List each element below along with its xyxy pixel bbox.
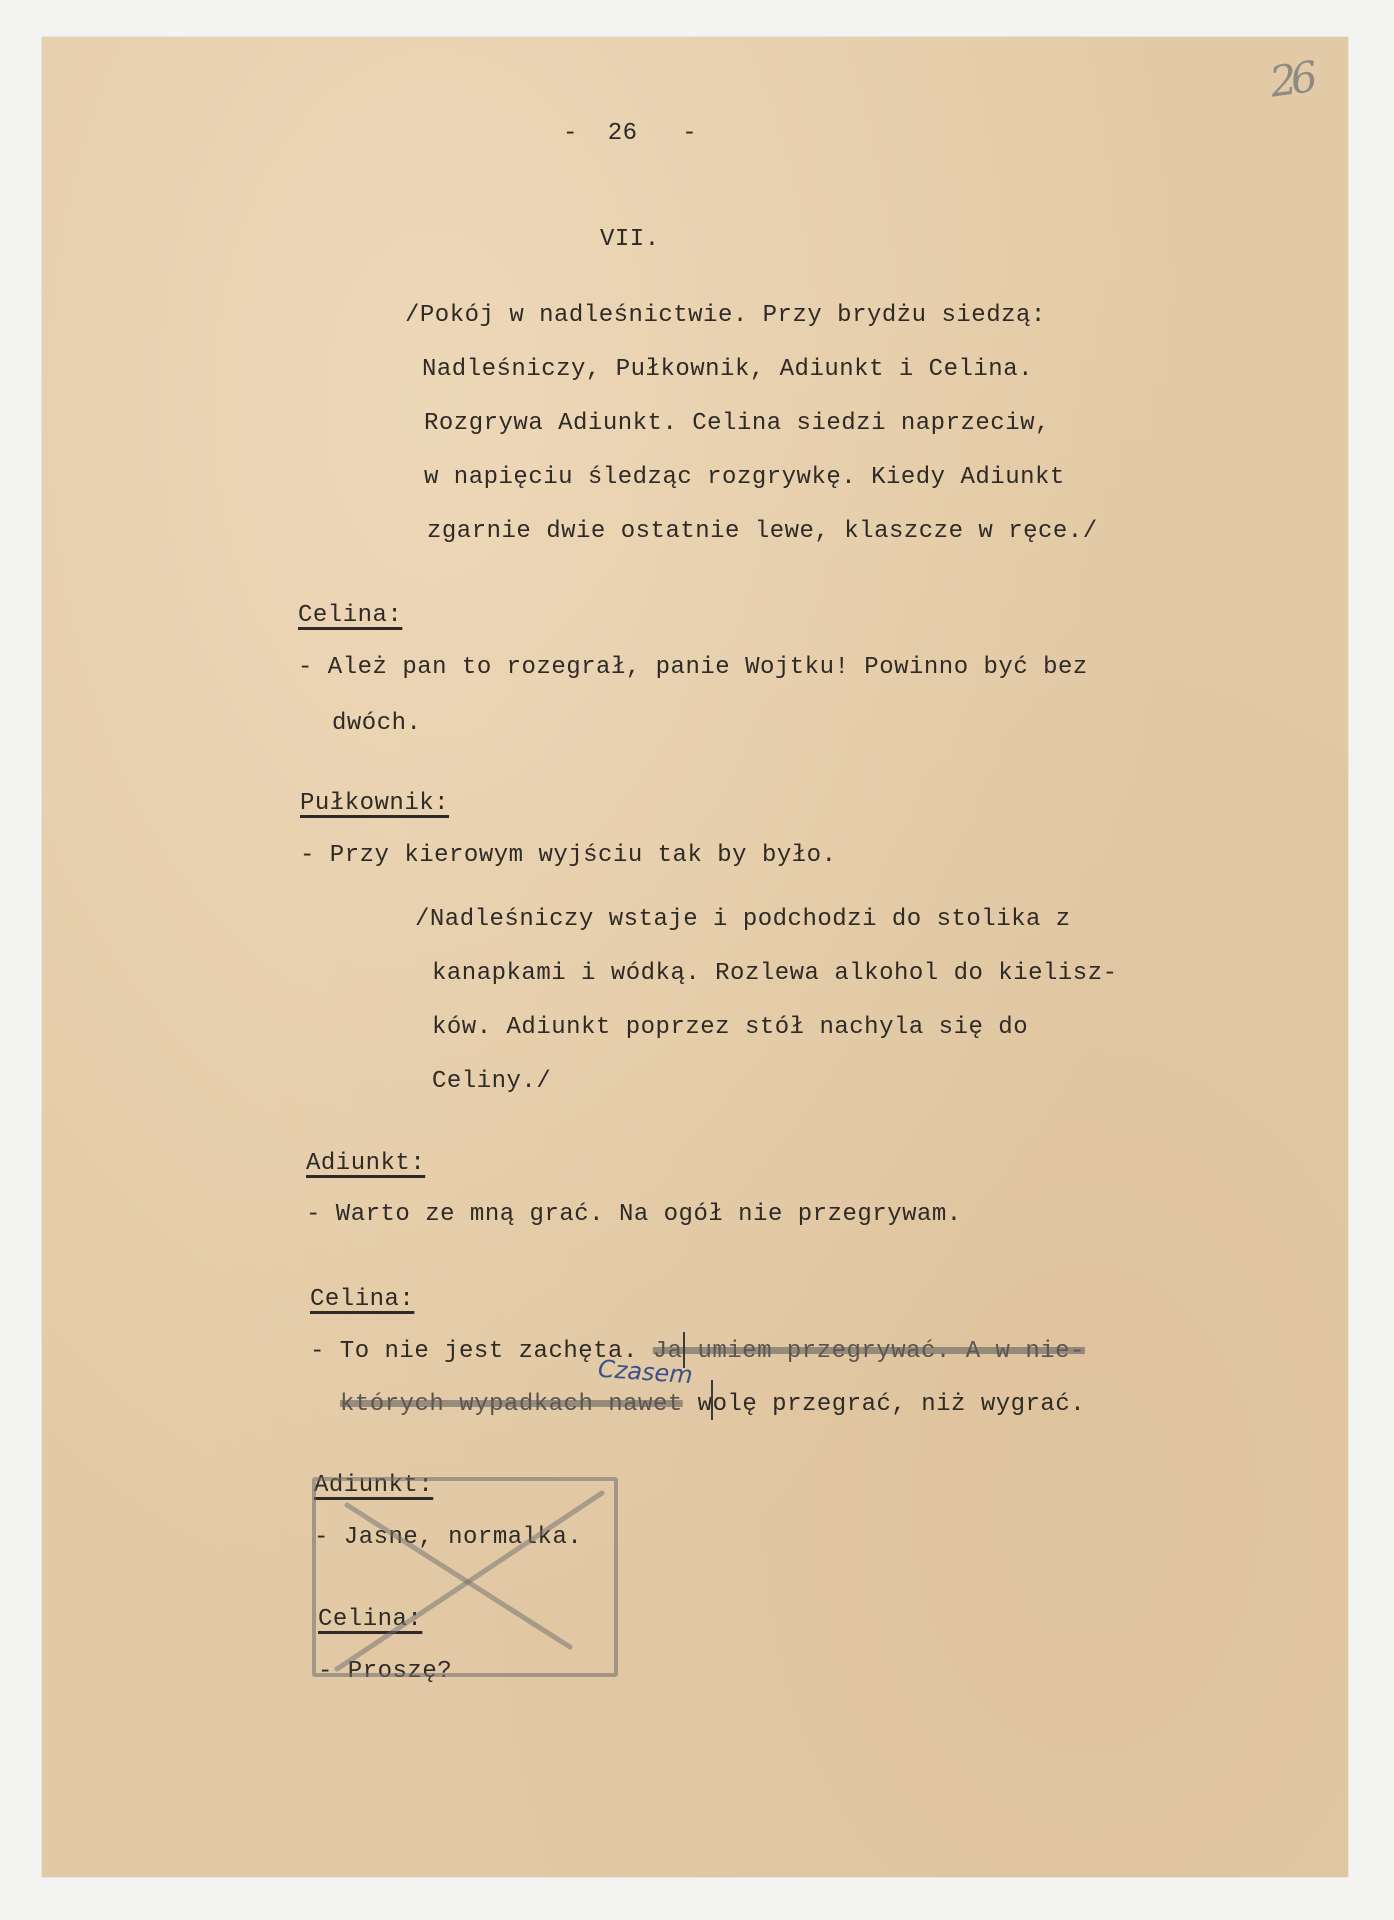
dialogue-line: dwóch. bbox=[332, 712, 421, 736]
stage-direction-line: Rozgrywa Adiunkt. Celina siedzi naprzeci… bbox=[424, 412, 1050, 436]
stage-direction-line: kanapkami i wódką. Rozlewa alkohol do ki… bbox=[432, 962, 1118, 986]
speaker-name: Adiunkt: bbox=[306, 1152, 425, 1176]
stage-direction-line: Celiny./ bbox=[432, 1070, 551, 1094]
dialogue-line: - Przy kierowym wyjściu tak by było. bbox=[300, 844, 836, 868]
speaker-name: Celina: bbox=[310, 1288, 414, 1312]
struck-text: których wypadkach nawet bbox=[340, 1391, 683, 1418]
speaker-name: Celina: bbox=[298, 604, 402, 628]
stage-direction-line: zgarnie dwie ostatnie lewe, klaszcze w r… bbox=[427, 520, 1098, 544]
stage-direction-line: /Nadleśniczy wstaje i podchodzi do stoli… bbox=[415, 908, 1071, 932]
dialogue-line: - Warto ze mną grać. Na ogół nie przegry… bbox=[306, 1203, 962, 1227]
handwritten-page-number: 26 bbox=[1267, 52, 1315, 106]
struck-text: Ja umiem przegrywać. A w nie- bbox=[653, 1338, 1085, 1365]
kept-text: wolę przegrać, niż wygrać. bbox=[683, 1391, 1085, 1418]
stage-direction-line: ków. Adiunkt poprzez stół nachyla się do bbox=[432, 1016, 1028, 1040]
speaker-name: Pułkownik: bbox=[300, 792, 449, 816]
act-heading: VII. bbox=[600, 228, 660, 252]
stage-direction-line: w napięciu śledząc rozgrywkę. Kiedy Adiu… bbox=[424, 466, 1065, 490]
dialogue-line-edited: - To nie jest zachęta. Ja umiem przegryw… bbox=[310, 1340, 1085, 1364]
insertion-mark bbox=[711, 1380, 713, 1420]
stage-direction-line: Nadleśniczy, Pułkownik, Adiunkt i Celina… bbox=[422, 358, 1033, 382]
stage-direction-line: /Pokój w nadleśnictwie. Przy brydżu sied… bbox=[405, 304, 1046, 328]
typed-page-number: - 26 - bbox=[563, 122, 697, 146]
dialogue-line: - Ależ pan to rozegrał, panie Wojtku! Po… bbox=[298, 656, 1088, 680]
pencil-cross-mark bbox=[312, 1477, 618, 1677]
